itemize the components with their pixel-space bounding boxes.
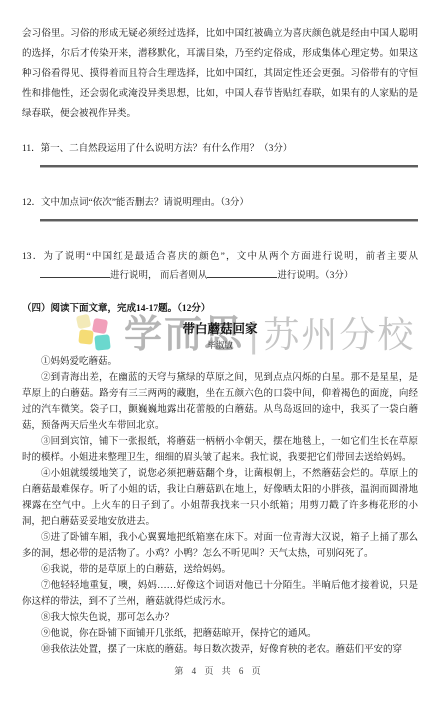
question-13: 13．为了说明“中国红是最适合喜庆的颜色”，文中从两个方面进行说明，前者主要从进…: [22, 248, 418, 286]
article-paragraph: ⑥我说，带的是草原上的白蘑菇，送给妈妈。: [22, 562, 418, 578]
article-paragraph: ⑨他说，你在卧铺下面铺开几张纸，把蘑菇晾开，保持它的通风。: [22, 626, 418, 642]
article-paragraph: ②到青海出差，在幽蓝的天穹与黛绿的草原之间，见到点点闪烁的白星。那不是星星，是草…: [22, 370, 418, 434]
article-paragraph: ④小姐就缓缓地笑了，说您必须把蘑菇翻个身，让菌根朝上，不然蘑菇会烂的。草原上的白…: [22, 466, 418, 530]
article-paragraph: ①妈妈爱吃蘑菇。: [22, 354, 418, 370]
page-content: 会习俗里。习俗的形成无疑必须经过选择，比如中国红被确立为喜庆颜色就是经由中国人聪…: [0, 0, 438, 658]
article-paragraph: ⑧我大惊失色说，那可怎么办？: [22, 610, 418, 626]
question-13-part2: 进行说明， 而后者则从: [110, 271, 207, 281]
question-13-part1: 13．为了说明“中国红是最适合喜庆的颜色”，文中从两个方面进行说明，前者主要从: [22, 252, 418, 262]
question-13-part3: 进行说明。（3分）: [277, 271, 353, 281]
article: 带白蘑菇回家 毕淑敏 ①妈妈爱吃蘑菇。 ②到青海出差，在幽蓝的天穹与黛绿的草原之…: [22, 321, 418, 658]
section-heading: （四）阅读下面文章，完成14-17题。（12分）: [22, 300, 418, 319]
article-title: 带白蘑菇回家: [22, 321, 418, 338]
question-12: 12．文中加点词“依次”能否删去？请说明理由。（3分）: [22, 194, 418, 213]
article-paragraph: ③回到宾馆，铺下一张报纸，将蘑菇一柄柄小伞朝天，摆在地毯上，一如它们生长在草原时…: [22, 434, 418, 466]
article-paragraph: ⑤进了卧铺车厢，我小心翼翼地把纸箱塞在床下。对面一位青海大汉说，箱子上捅了那么多…: [22, 530, 418, 562]
article-paragraph: ⑦他轻轻地重复，噢，妈妈……好像这个词语对他已十分陌生。半晌后他才接着说，只是你…: [22, 578, 418, 610]
answer-line-1: [40, 165, 418, 168]
article-paragraph: ⑩我依法处置，摆了一床底的蘑菇。每日数次拨弄，好像育秧的老农。蘑菇们平安的穿: [22, 642, 418, 658]
answer-blank-1: [40, 267, 110, 278]
intro-paragraph: 会习俗里。习俗的形成无疑必须经过选择，比如中国红被确立为喜庆颜色就是经由中国人聪…: [22, 24, 418, 124]
answer-blank-2: [207, 267, 277, 278]
answer-line-2: [40, 219, 418, 222]
article-author: 毕淑敏: [22, 339, 418, 352]
exam-page: 学而思 | 苏州分校 会习俗里。习俗的形成无疑必须经过选择，比如中国红被确立为喜…: [0, 0, 438, 704]
question-11: 11．第一、二自然段运用了什么说明方法？有什么作用？（3分）: [22, 140, 418, 159]
page-footer: 第 4 页 共 6 页: [0, 664, 438, 677]
